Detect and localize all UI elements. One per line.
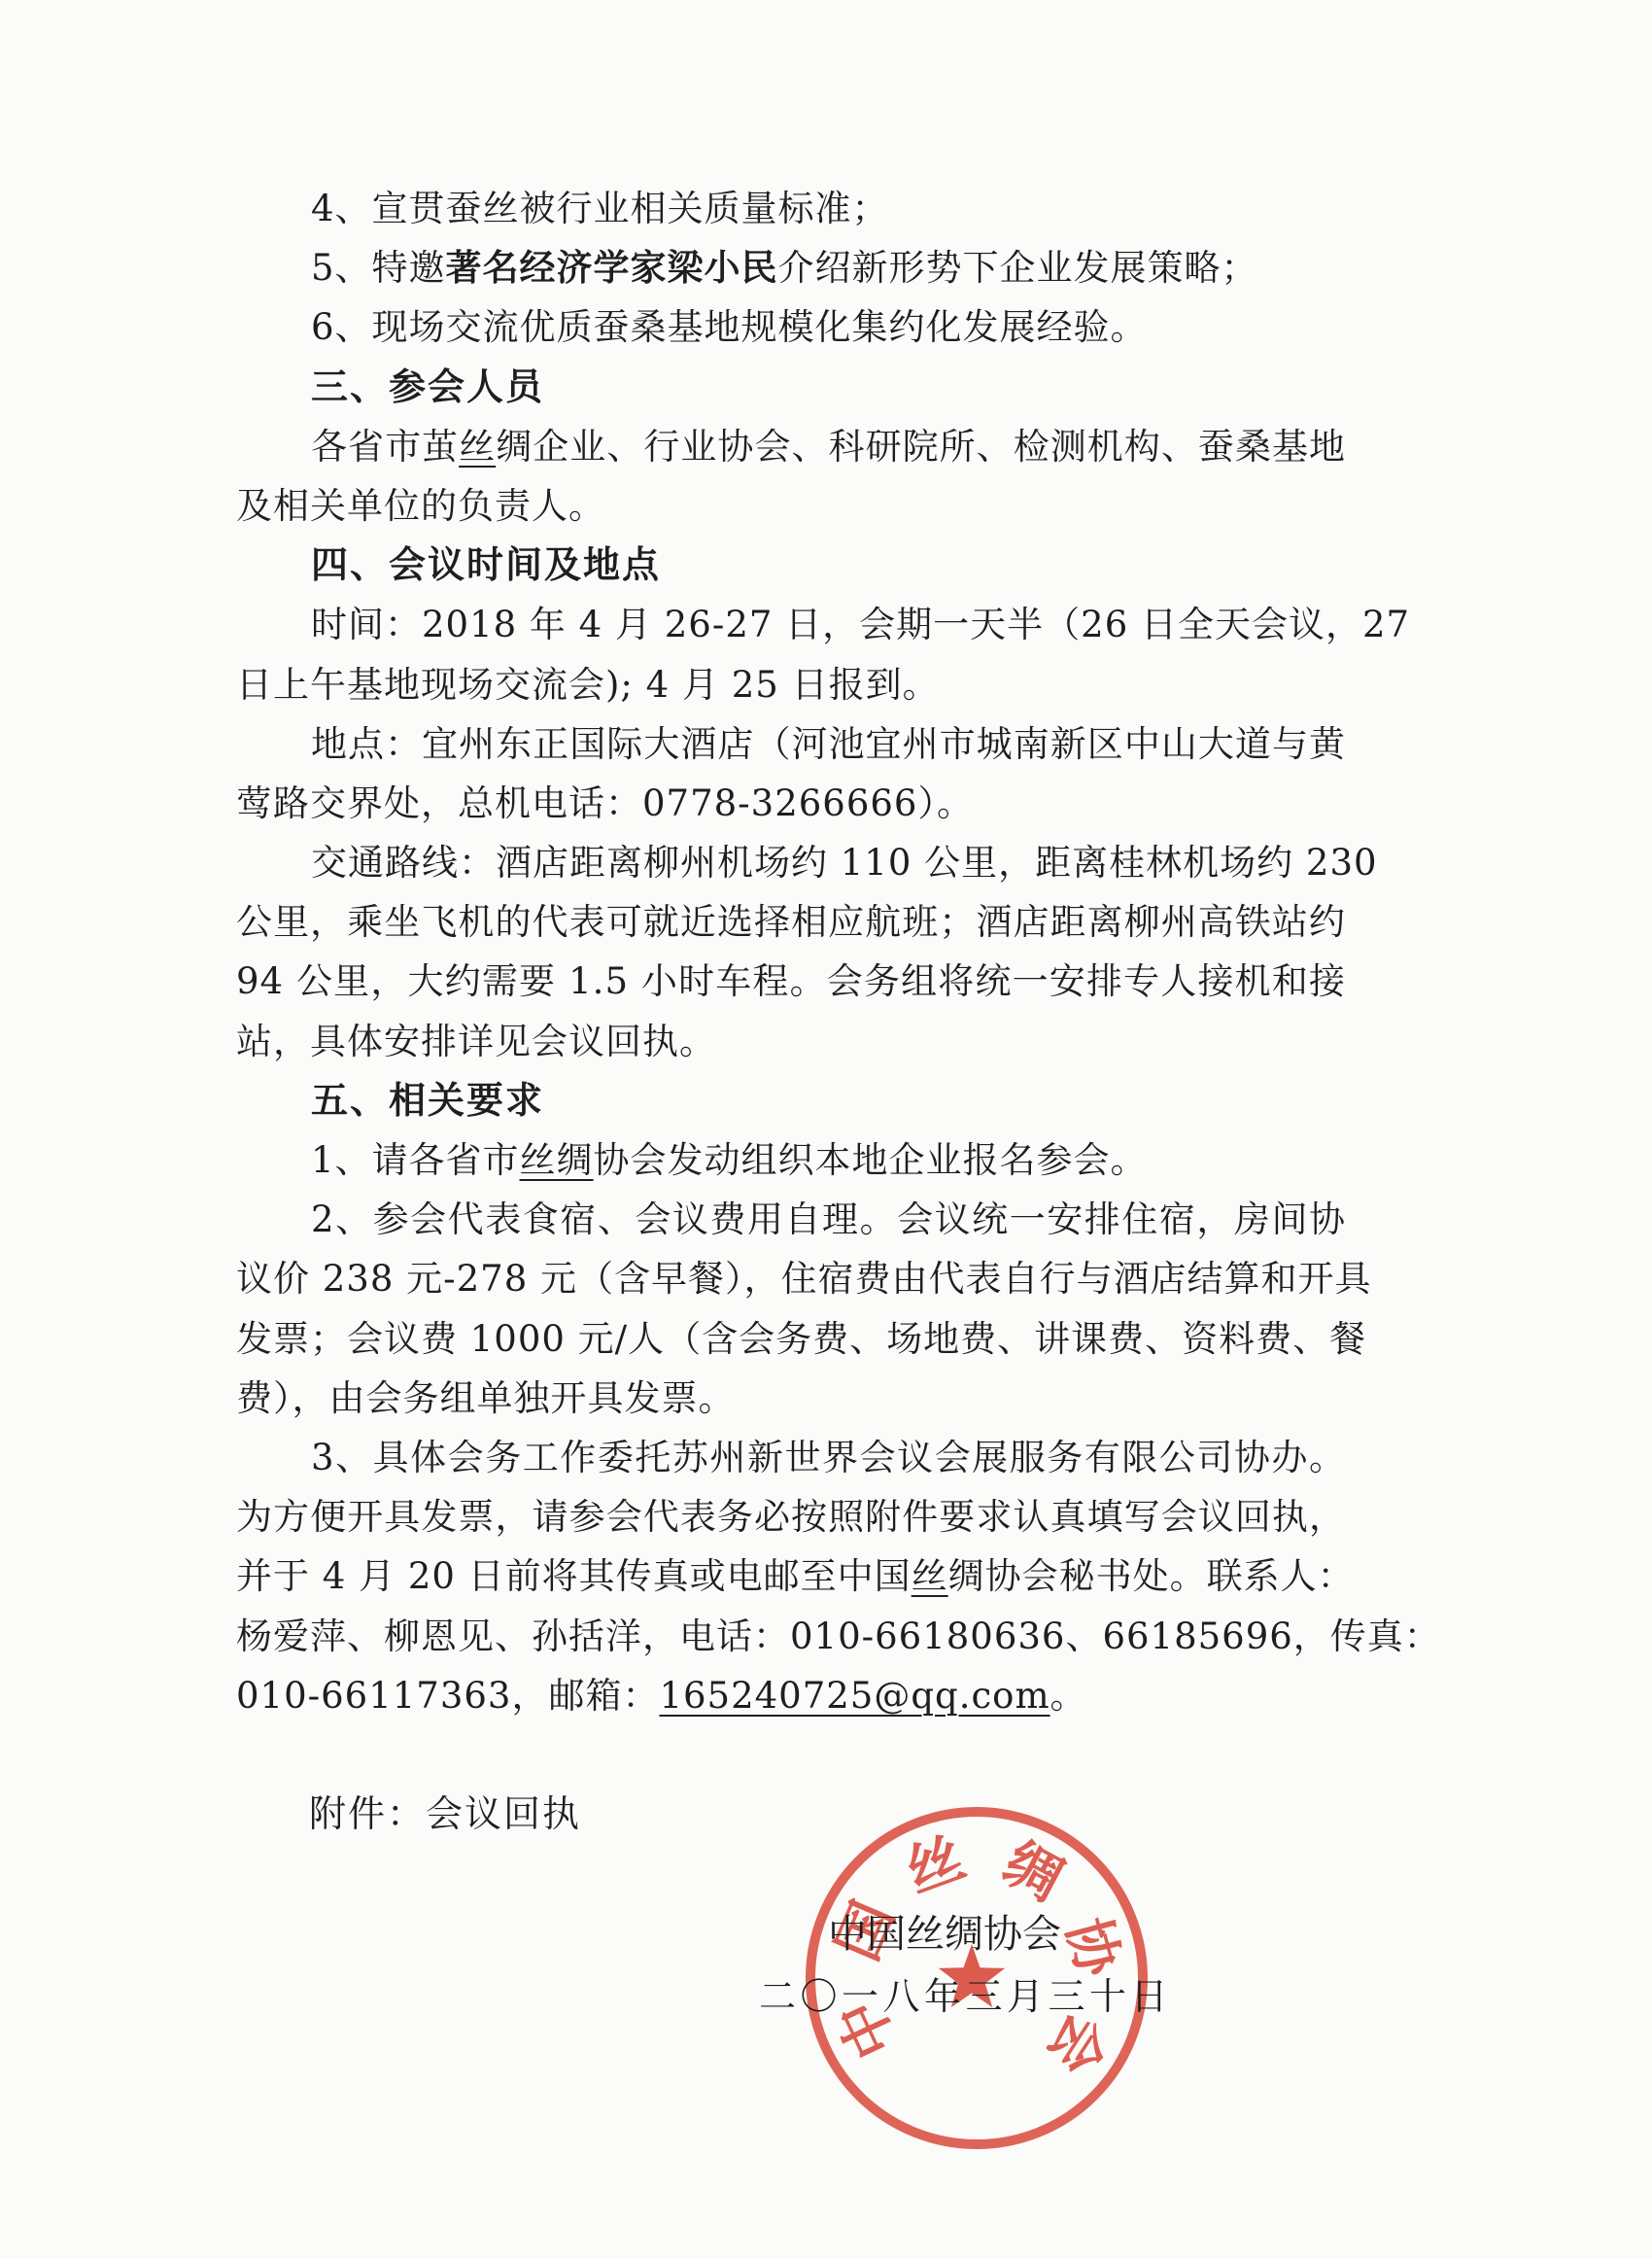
requirement-2-line-2: 议价 238 元-278 元（含早餐），住宿费由代表自行与酒店结算和开具 xyxy=(236,1249,1346,1308)
text-run: 日上午基地现场交流会); 4 月 25 日报到。 xyxy=(236,664,940,706)
text-run: 5、特邀 xyxy=(311,247,446,289)
scanned-document-page: 4、宣贯蚕丝被行业相关质量标准；5、特邀著名经济学家梁小民介绍新形势下企业发展策… xyxy=(0,0,1652,2258)
text-run: 为方便开具发票，请参会代表务必按照附件要求认真填写会议回执， xyxy=(236,1496,1346,1538)
participants-line-1: 各省市茧丝绸企业、行业协会、科研院所、检测机构、蚕桑基地 xyxy=(236,417,1346,476)
text-run: 010-66117363，邮箱： xyxy=(236,1675,659,1717)
text-run: 3、具体会务工作委托苏州新世界会议会展服务有限公司协办。 xyxy=(311,1437,1346,1478)
requirement-2-line-4: 费），由会务组单独开具发票。 xyxy=(236,1369,1346,1428)
text-run: 6、现场交流优质蚕桑基地规模化集约化发展经验。 xyxy=(311,306,1148,348)
venue-line-2: 莺路交界处，总机电话：0778-3266666）。 xyxy=(236,774,1346,833)
bold-text: 著名经济学家梁小民 xyxy=(446,246,778,289)
requirement-3-line-3: 并于 4 月 20 日前将其传真或电邮至中国丝绸协会秘书处。联系人： xyxy=(236,1546,1346,1606)
text-run: 并于 4 月 20 日前将其传真或电邮至中国 xyxy=(236,1555,912,1597)
requirement-2-line-1: 2、参会代表食宿、会议费用自理。会议统一安排住宿，房间协 xyxy=(236,1190,1346,1249)
text-run: 杨爱萍、柳恩见、孙括洋，电话：010-66180636、66185696，传真： xyxy=(236,1615,1441,1657)
attachment-note: 附件：会议回执 xyxy=(309,1785,581,1844)
text-run: 站，具体安排详见会议回执。 xyxy=(236,1021,716,1062)
section-heading-3: 三、参会人员 xyxy=(236,358,1346,417)
text-run: 1、请各省市 xyxy=(311,1139,520,1181)
text-run: 。 xyxy=(1050,1675,1087,1717)
requirement-3-line-4: 杨爱萍、柳恩见、孙括洋，电话：010-66180636、66185696，传真： xyxy=(236,1607,1346,1666)
time-line-1: 时间：2018 年 4 月 26-27 日，会期一天半（26 日全天会议，27 xyxy=(236,595,1346,654)
section-heading-4: 四、会议时间及地点 xyxy=(236,536,1346,595)
text-run: 4、宣贯蚕丝被行业相关质量标准； xyxy=(311,188,889,229)
text-run: 三、参会人员 xyxy=(311,365,544,408)
text-run: 发票；会议费 1000 元/人（含会务费、场地费、讲课费、资料费、餐 xyxy=(236,1318,1366,1360)
time-line-2: 日上午基地现场交流会); 4 月 25 日报到。 xyxy=(236,655,1346,714)
text-run: 公里，乘坐飞机的代表可就近选择相应航班；酒店距离柳州高铁站约 xyxy=(236,901,1346,943)
underlined-text: 165240725@qq.com xyxy=(659,1675,1050,1717)
seal-ring-char: 绸 xyxy=(993,1829,1074,1914)
underlined-text: 丝 xyxy=(459,426,496,468)
requirement-3-line-5: 010-66117363，邮箱：165240725@qq.com。 xyxy=(236,1666,1346,1725)
requirement-1: 1、请各省市丝绸协会发动组织本地企业报名参会。 xyxy=(236,1130,1346,1190)
traffic-line-3: 94 公里，大约需要 1.5 小时车程。会务组将统一安排专人接机和接 xyxy=(236,952,1346,1011)
text-run: 时间：2018 年 4 月 26-27 日，会期一天半（26 日全天会议，27 xyxy=(311,604,1410,645)
text-run: 莺路交界处，总机电话：0778-3266666）。 xyxy=(236,782,974,824)
requirement-2-line-3: 发票；会议费 1000 元/人（含会务费、场地费、讲课费、资料费、餐 xyxy=(236,1309,1346,1369)
venue-line-1: 地点：宜州东正国际大酒店（河池宜州市城南新区中山大道与黄 xyxy=(236,714,1346,774)
signature-date: 二〇一八年三月三十日 xyxy=(759,1973,1172,2020)
traffic-line-2: 公里，乘坐飞机的代表可就近选择相应航班；酒店距离柳州高铁站约 xyxy=(236,892,1346,952)
text-column: 4、宣贯蚕丝被行业相关质量标准；5、特邀著名经济学家梁小民介绍新形势下企业发展策… xyxy=(236,179,1346,1725)
text-run: 2、参会代表食宿、会议费用自理。会议统一安排住宿，房间协 xyxy=(311,1198,1346,1240)
text-run: 议价 238 元-278 元（含早餐），住宿费由代表自行与酒店结算和开具 xyxy=(236,1258,1372,1300)
text-run: 费），由会务组单独开具发票。 xyxy=(236,1377,736,1419)
agenda-item-6: 6、现场交流优质蚕桑基地规模化集约化发展经验。 xyxy=(236,297,1346,357)
agenda-item-4: 4、宣贯蚕丝被行业相关质量标准； xyxy=(236,179,1346,238)
text-run: 交通路线：酒店距离柳州机场约 110 公里，距离桂林机场约 230 xyxy=(311,842,1378,884)
agenda-item-5: 5、特邀著名经济学家梁小民介绍新形势下企业发展策略； xyxy=(236,238,1346,297)
section-heading-5: 五、相关要求 xyxy=(236,1071,1346,1130)
text-run: 及相关单位的负责人。 xyxy=(236,485,605,527)
requirement-3-line-2: 为方便开具发票，请参会代表务必按照附件要求认真填写会议回执， xyxy=(236,1487,1346,1546)
participants-line-2: 及相关单位的负责人。 xyxy=(236,476,1346,536)
text-run: 介绍新形势下企业发展策略； xyxy=(778,247,1258,289)
text-run: 地点：宜州东正国际大酒店（河池宜州市城南新区中山大道与黄 xyxy=(311,723,1346,765)
underlined-text: 丝 xyxy=(912,1555,948,1597)
signature-organization: 中国丝绸协会 xyxy=(828,1911,1061,1958)
text-run: 绸协会秘书处。联系人： xyxy=(948,1555,1355,1597)
traffic-line-1: 交通路线：酒店距离柳州机场约 110 公里，距离桂林机场约 230 xyxy=(236,833,1346,892)
text-run: 各省市茧 xyxy=(311,426,459,468)
text-run: 五、相关要求 xyxy=(311,1079,544,1122)
text-run: 94 公里，大约需要 1.5 小时车程。会务组将统一安排专人接机和接 xyxy=(236,960,1346,1002)
text-run: 四、会议时间及地点 xyxy=(311,543,661,586)
text-run: 协会发动组织本地企业报名参会。 xyxy=(594,1139,1148,1181)
underlined-text: 丝绸 xyxy=(520,1139,594,1181)
text-run: 绸企业、行业协会、科研院所、检测机构、蚕桑基地 xyxy=(496,426,1346,468)
requirement-3-line-1: 3、具体会务工作委托苏州新世界会议会展服务有限公司协办。 xyxy=(236,1428,1346,1487)
traffic-line-4: 站，具体安排详见会议回执。 xyxy=(236,1012,1346,1071)
seal-ring-char: 丝 xyxy=(898,1824,974,1906)
